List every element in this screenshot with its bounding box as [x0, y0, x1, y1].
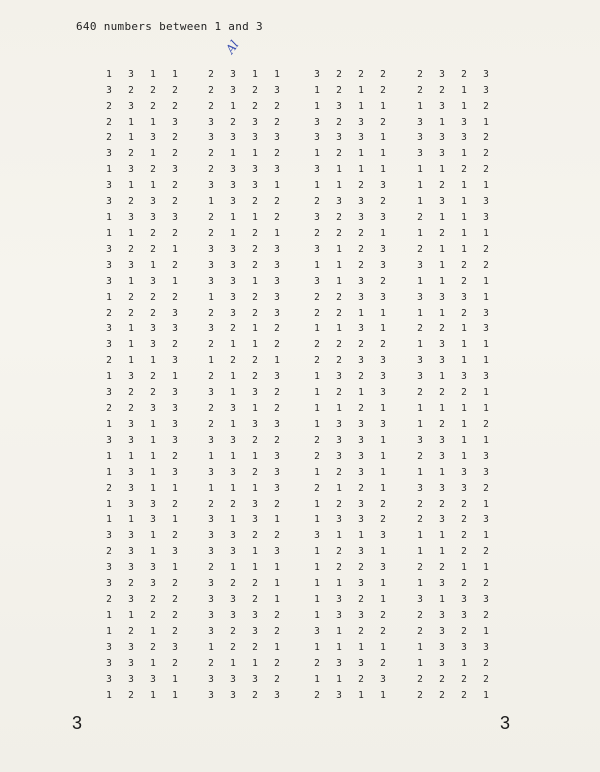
number-cell: 3 [306, 164, 328, 175]
number-cell: 1 [266, 180, 288, 191]
number-group: 3113 [306, 530, 409, 541]
number-cell: 3 [222, 435, 244, 446]
number-cell: 3 [453, 610, 475, 621]
number-cell: 2 [164, 499, 186, 510]
number-row: 2113122122333311 [98, 353, 512, 369]
number-cell: 2 [475, 658, 497, 669]
number-cell: 1 [142, 530, 164, 541]
number-cell: 2 [164, 132, 186, 143]
number-cell: 1 [244, 451, 266, 462]
number-group: 3222 [98, 85, 200, 96]
number-cell: 2 [350, 403, 372, 414]
number-cell: 2 [266, 435, 288, 446]
number-cell: 1 [328, 180, 350, 191]
number-cell: 3 [164, 212, 186, 223]
number-cell: 3 [350, 196, 372, 207]
number-cell: 3 [120, 499, 142, 510]
number-group: 2222 [306, 339, 409, 350]
number-cell: 3 [350, 212, 372, 223]
number-row: 1222132322333331 [98, 289, 512, 305]
number-group: 1131 [98, 514, 200, 525]
number-cell: 2 [350, 562, 372, 573]
number-cell: 1 [306, 180, 328, 191]
number-cell: 1 [431, 546, 453, 557]
number-cell: 1 [409, 419, 431, 430]
number-cell: 3 [200, 260, 222, 271]
number-cell: 3 [120, 164, 142, 175]
number-cell: 2 [409, 514, 431, 525]
number-cell: 1 [431, 276, 453, 287]
number-group: 1211 [409, 228, 512, 239]
number-cell: 2 [453, 530, 475, 541]
number-cell: 1 [372, 323, 394, 334]
number-group: 3232 [98, 578, 200, 589]
number-cell: 1 [372, 228, 394, 239]
number-cell: 3 [453, 371, 475, 382]
number-cell: 2 [222, 642, 244, 653]
number-cell: 3 [372, 371, 394, 382]
number-cell: 2 [306, 339, 328, 350]
number-cell: 3 [98, 148, 120, 159]
number-cell: 2 [306, 451, 328, 462]
number-cell: 1 [98, 514, 120, 525]
number-row: 3212211212113312 [98, 146, 512, 162]
number-cell: 2 [431, 499, 453, 510]
number-cell: 1 [475, 690, 497, 701]
number-cell: 2 [350, 371, 372, 382]
number-group: 3311 [409, 435, 512, 446]
number-cell: 3 [409, 594, 431, 605]
number-cell: 2 [142, 292, 164, 303]
number-cell: 3 [372, 260, 394, 271]
number-cell: 1 [453, 435, 475, 446]
number-cell: 3 [244, 514, 266, 525]
number-cell: 2 [266, 101, 288, 112]
number-cell: 1 [306, 642, 328, 653]
number-group: 3123 [306, 244, 409, 255]
number-cell: 3 [222, 244, 244, 255]
number-row: 3313332223313311 [98, 432, 512, 448]
number-group: 3331 [98, 562, 200, 573]
number-cell: 3 [164, 642, 186, 653]
number-cell: 1 [266, 562, 288, 573]
number-cell: 3 [306, 117, 328, 128]
number-cell: 1 [409, 180, 431, 191]
number-cell: 2 [431, 690, 453, 701]
number-cell: 3 [266, 85, 288, 96]
number-cell: 3 [142, 562, 164, 573]
number-cell: 3 [98, 276, 120, 287]
number-cell: 3 [475, 212, 497, 223]
number-cell: 2 [98, 132, 120, 143]
number-cell: 3 [164, 419, 186, 430]
number-cell: 1 [266, 69, 288, 80]
number-cell: 2 [350, 260, 372, 271]
number-group: 2313 [409, 451, 512, 462]
number-cell: 1 [98, 451, 120, 462]
number-group: 1313 [409, 196, 512, 207]
number-block: 3232322111311322232233211321313311223332… [98, 576, 512, 640]
number-cell: 1 [475, 530, 497, 541]
number-cell: 3 [266, 467, 288, 478]
number-cell: 1 [431, 117, 453, 128]
number-group: 2223 [98, 308, 200, 319]
number-cell: 1 [409, 308, 431, 319]
number-cell: 1 [453, 148, 475, 159]
number-cell: 2 [328, 562, 350, 573]
number-cell: 2 [98, 483, 120, 494]
number-cell: 3 [431, 69, 453, 80]
number-cell: 3 [98, 323, 120, 334]
number-cell: 2 [164, 292, 186, 303]
number-cell: 1 [142, 467, 164, 478]
number-group: 1312 [409, 658, 512, 669]
number-cell: 1 [306, 101, 328, 112]
number-cell: 3 [409, 355, 431, 366]
number-cell: 3 [372, 212, 394, 223]
number-cell: 1 [306, 578, 328, 589]
number-cell: 3 [266, 690, 288, 701]
number-cell: 2 [266, 658, 288, 669]
number-cell: 3 [475, 594, 497, 605]
number-cell: 1 [98, 690, 120, 701]
number-cell: 2 [244, 101, 266, 112]
number-row: 3132211222221311 [98, 337, 512, 353]
number-cell: 1 [409, 546, 431, 557]
number-group: 2233 [306, 355, 409, 366]
number-cell: 3 [164, 355, 186, 366]
number-cell: 2 [244, 690, 266, 701]
number-group: 1121 [409, 530, 512, 541]
number-cell: 1 [244, 148, 266, 159]
number-group: 3321 [200, 594, 306, 605]
number-cell: 1 [222, 451, 244, 462]
number-cell: 3 [244, 132, 266, 143]
number-cell: 1 [142, 626, 164, 637]
number-cell: 1 [98, 69, 120, 80]
number-cell: 3 [222, 403, 244, 414]
number-cell: 3 [200, 610, 222, 621]
number-cell: 1 [120, 117, 142, 128]
number-cell: 3 [306, 626, 328, 637]
number-group: 3331 [98, 674, 200, 685]
number-cell: 1 [328, 323, 350, 334]
number-cell: 3 [431, 148, 453, 159]
number-group: 1211 [409, 180, 512, 191]
number-cell: 1 [142, 658, 164, 669]
number-group: 1122 [98, 610, 200, 621]
number-cell: 1 [372, 451, 394, 462]
number-cell: 3 [98, 642, 120, 653]
number-cell: 2 [120, 626, 142, 637]
number-cell: 3 [409, 117, 431, 128]
number-cell: 1 [328, 674, 350, 685]
number-cell: 1 [372, 642, 394, 653]
number-cell: 2 [453, 276, 475, 287]
number-group: 1122 [98, 228, 200, 239]
number-cell: 1 [372, 148, 394, 159]
number-cell: 2 [306, 228, 328, 239]
number-cell: 1 [372, 546, 394, 557]
number-cell: 2 [306, 292, 328, 303]
number-cell: 1 [453, 85, 475, 96]
number-cell: 1 [142, 180, 164, 191]
number-cell: 2 [98, 355, 120, 366]
number-cell: 2 [266, 530, 288, 541]
number-cell: 2 [328, 387, 350, 398]
number-group: 1332 [306, 514, 409, 525]
number-row: 1122212122211211 [98, 225, 512, 241]
number-cell: 1 [120, 180, 142, 191]
number-group: 2112 [409, 244, 512, 255]
number-cell: 3 [266, 260, 288, 271]
number-cell: 3 [475, 85, 497, 96]
number-group: 3323 [200, 244, 306, 255]
number-group: 3132 [200, 387, 306, 398]
number-cell: 3 [328, 101, 350, 112]
number-group: 2322 [98, 594, 200, 605]
number-cell: 1 [350, 690, 372, 701]
number-cell: 3 [372, 244, 394, 255]
number-cell: 1 [266, 228, 288, 239]
number-cell: 1 [98, 371, 120, 382]
number-cell: 1 [431, 530, 453, 541]
number-cell: 3 [350, 117, 372, 128]
number-row: 2311111321213332 [98, 480, 512, 496]
number-cell: 3 [266, 276, 288, 287]
number-group: 2331 [306, 435, 409, 446]
number-cell: 3 [453, 483, 475, 494]
number-cell: 3 [222, 164, 244, 175]
number-cell: 3 [200, 132, 222, 143]
number-cell: 2 [142, 610, 164, 621]
number-cell: 3 [98, 85, 120, 96]
number-cell: 1 [120, 228, 142, 239]
number-cell: 1 [222, 658, 244, 669]
number-cell: 2 [409, 499, 431, 510]
number-cell: 3 [244, 117, 266, 128]
number-cell: 3 [164, 323, 186, 334]
number-cell: 3 [222, 69, 244, 80]
number-cell: 1 [328, 483, 350, 494]
number-cell: 3 [244, 610, 266, 621]
number-cell: 1 [164, 244, 186, 255]
number-cell: 1 [453, 339, 475, 350]
number-cell: 3 [350, 419, 372, 430]
number-cell: 1 [222, 101, 244, 112]
number-cell: 3 [222, 308, 244, 319]
number-cell: 2 [328, 308, 350, 319]
number-group: 2111 [200, 562, 306, 573]
number-group: 1131 [306, 578, 409, 589]
number-cell: 2 [120, 308, 142, 319]
number-group: 3311 [409, 355, 512, 366]
number-cell: 3 [120, 658, 142, 669]
number-cell: 3 [475, 451, 497, 462]
number-cell: 3 [431, 642, 453, 653]
number-cell: 1 [350, 148, 372, 159]
number-group: 3133 [409, 371, 512, 382]
number-cell: 3 [98, 339, 120, 350]
number-cell: 3 [164, 387, 186, 398]
number-cell: 3 [98, 180, 120, 191]
number-cell: 3 [431, 339, 453, 350]
number-cell: 1 [222, 212, 244, 223]
number-cell: 1 [475, 435, 497, 446]
number-group: 2233 [306, 292, 409, 303]
number-cell: 1 [120, 451, 142, 462]
number-cell: 3 [120, 483, 142, 494]
number-group: 1121 [409, 276, 512, 287]
number-cell: 3 [200, 594, 222, 605]
number-cell: 1 [475, 355, 497, 366]
number-cell: 3 [350, 355, 372, 366]
number-cell: 1 [475, 387, 497, 398]
number-group: 3122 [409, 260, 512, 271]
number-group: 1322 [200, 196, 306, 207]
number-cell: 1 [120, 610, 142, 621]
number-cell: 3 [142, 578, 164, 589]
number-cell: 1 [306, 546, 328, 557]
number-cell: 2 [475, 260, 497, 271]
number-cell: 1 [453, 196, 475, 207]
number-group: 1333 [306, 419, 409, 430]
number-group: 1333 [409, 642, 512, 653]
number-row: 2322212213111312 [98, 98, 512, 114]
number-group: 2332 [306, 196, 409, 207]
number-cell: 3 [120, 562, 142, 573]
number-row: 2322332113213133 [98, 592, 512, 608]
number-cell: 1 [372, 164, 394, 175]
number-row: 1112111323312313 [98, 448, 512, 464]
number-cell: 3 [142, 132, 164, 143]
number-group: 1122 [409, 164, 512, 175]
number-cell: 2 [431, 387, 453, 398]
number-cell: 2 [164, 339, 186, 350]
number-cell: 1 [453, 244, 475, 255]
number-cell: 2 [222, 499, 244, 510]
number-cell: 3 [328, 196, 350, 207]
number-cell: 1 [475, 292, 497, 303]
number-group: 1221 [200, 355, 306, 366]
number-group: 1323 [306, 371, 409, 382]
number-group: 1111 [306, 642, 409, 653]
number-cell: 1 [120, 339, 142, 350]
number-cell: 1 [222, 483, 244, 494]
number-cell: 2 [328, 117, 350, 128]
number-cell: 1 [409, 467, 431, 478]
number-cell: 2 [244, 435, 266, 446]
number-cell: 1 [120, 355, 142, 366]
number-cell: 1 [453, 403, 475, 414]
number-cell: 3 [306, 212, 328, 223]
number-cell: 2 [475, 132, 497, 143]
number-row: 3133321211312213 [98, 321, 512, 337]
number-cell: 2 [266, 148, 288, 159]
number-cell: 2 [453, 308, 475, 319]
number-cell: 3 [372, 562, 394, 573]
number-cell: 3 [266, 451, 288, 462]
number-cell: 3 [222, 467, 244, 478]
number-cell: 2 [164, 451, 186, 462]
number-row: 1212323231222321 [98, 624, 512, 640]
number-cell: 1 [142, 117, 164, 128]
number-cell: 3 [431, 483, 453, 494]
number-group: 1212 [306, 85, 409, 96]
number-cell: 2 [409, 85, 431, 96]
number-cell: 2 [142, 308, 164, 319]
number-row: 2223232322111123 [98, 305, 512, 321]
number-group: 2313 [98, 546, 200, 557]
number-cell: 3 [409, 435, 431, 446]
number-group: 3232 [200, 626, 306, 637]
number-cell: 3 [120, 674, 142, 685]
number-cell: 3 [409, 292, 431, 303]
number-cell: 2 [142, 244, 164, 255]
number-cell: 3 [350, 610, 372, 621]
number-cell: 1 [306, 85, 328, 96]
number-cell: 3 [120, 594, 142, 605]
number-cell: 1 [306, 387, 328, 398]
number-cell: 3 [431, 626, 453, 637]
number-cell: 3 [244, 387, 266, 398]
number-cell: 1 [200, 483, 222, 494]
number-group: 3221 [200, 578, 306, 589]
number-cell: 3 [222, 196, 244, 207]
number-cell: 3 [453, 292, 475, 303]
number-group: 1133 [409, 467, 512, 478]
number-group: 2113 [98, 355, 200, 366]
number-cell: 2 [328, 499, 350, 510]
number-cell: 1 [164, 674, 186, 685]
number-cell: 1 [306, 674, 328, 685]
number-cell: 1 [475, 403, 497, 414]
number-cell: 1 [244, 403, 266, 414]
number-cell: 1 [409, 164, 431, 175]
number-group: 3232 [200, 117, 306, 128]
number-cell: 3 [244, 164, 266, 175]
number-group: 2323 [200, 85, 306, 96]
number-cell: 1 [98, 610, 120, 621]
number-cell: 2 [453, 626, 475, 637]
number-cell: 2 [200, 371, 222, 382]
number-cell: 1 [244, 276, 266, 287]
number-row: 1321212313233133 [98, 369, 512, 385]
number-group: 1332 [306, 610, 409, 621]
number-cell: 3 [120, 546, 142, 557]
number-cell: 3 [475, 642, 497, 653]
number-cell: 2 [200, 419, 222, 430]
number-row: 3112333111231211 [98, 178, 512, 194]
number-group: 1121 [306, 403, 409, 414]
number-cell: 3 [98, 244, 120, 255]
number-cell: 1 [142, 690, 164, 701]
number-cell: 3 [350, 451, 372, 462]
number-cell: 3 [222, 546, 244, 557]
number-cell: 3 [164, 117, 186, 128]
number-cell: 1 [409, 196, 431, 207]
number-group: 1332 [98, 499, 200, 510]
number-row: 1122333213322332 [98, 608, 512, 624]
number-cell: 2 [328, 85, 350, 96]
number-group: 3331 [200, 180, 306, 191]
number-cell: 1 [328, 164, 350, 175]
number-cell: 1 [142, 483, 164, 494]
number-cell: 1 [164, 690, 186, 701]
number-cell: 2 [475, 164, 497, 175]
number-cell: 2 [164, 610, 186, 621]
number-cell: 1 [409, 228, 431, 239]
